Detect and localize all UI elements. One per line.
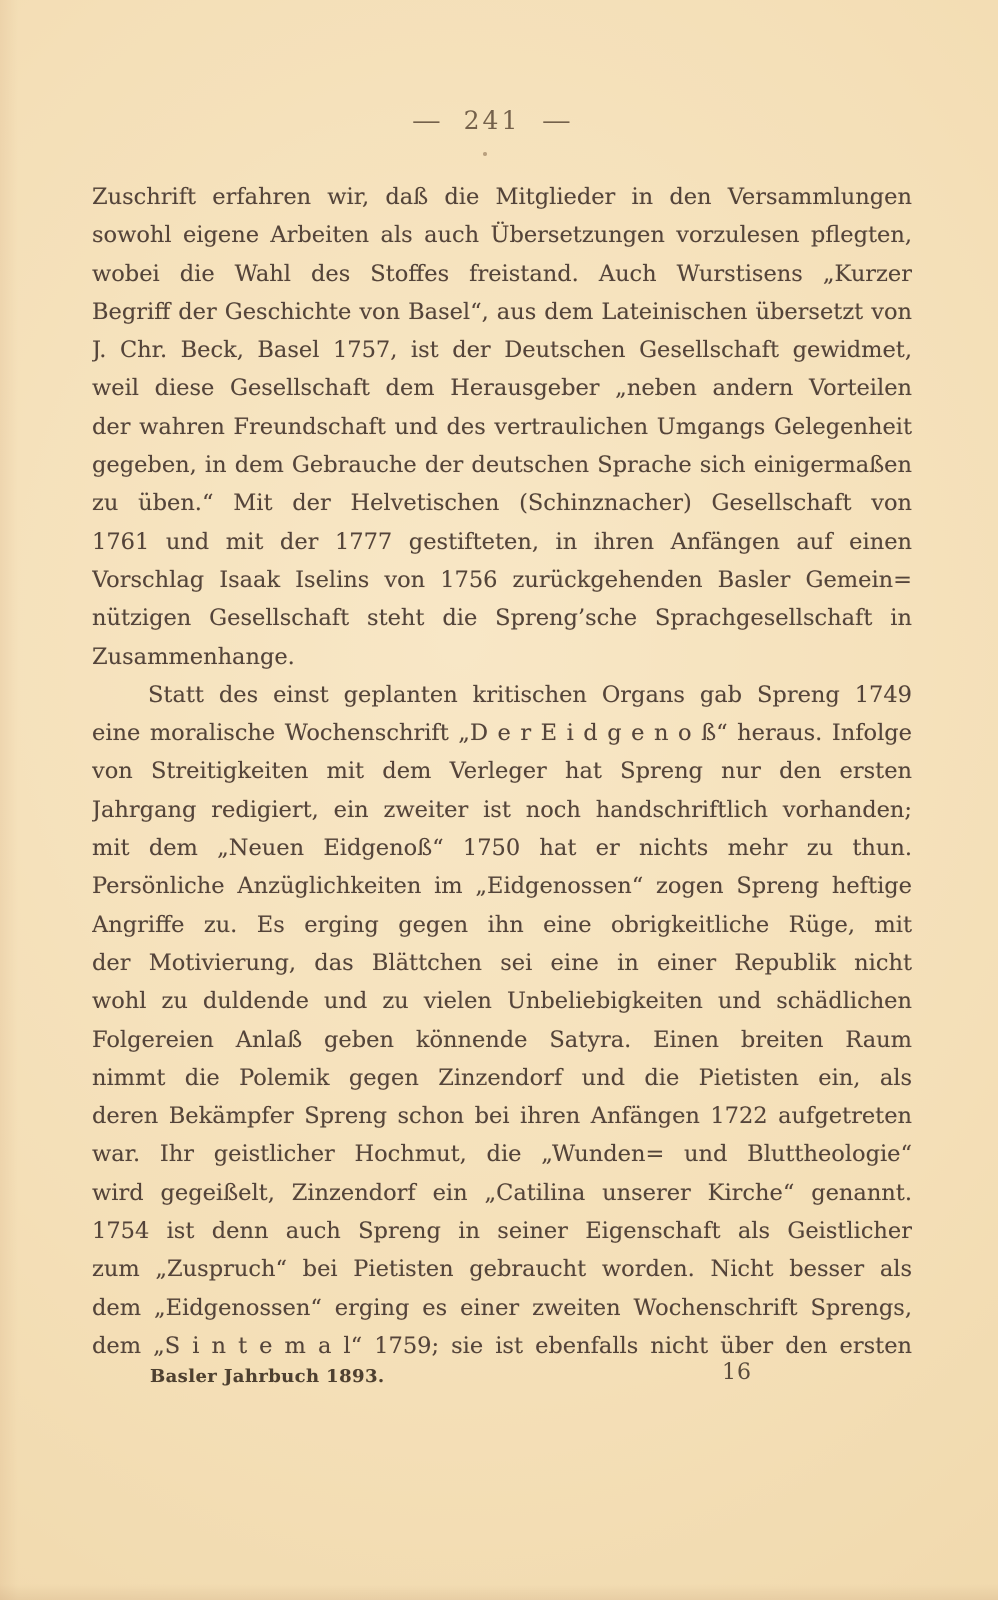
text-line: Persönliche Anzüglichkeiten im „Eidgenos… — [92, 867, 912, 905]
text-line: 1761 und mit der 1777 gestifteten, in ih… — [92, 523, 912, 561]
text-line: Vorschlag Isaak Iselins von 1756 zurückg… — [92, 561, 912, 599]
text-line: wohl zu duldende und zu vielen Unbeliebi… — [92, 982, 912, 1020]
text-line: zu üben.“ Mit der Helvetischen (Schinzna… — [92, 484, 912, 522]
text-line: Zusammenhange. — [92, 638, 912, 676]
text-line: der wahren Freundschaft und des vertraul… — [92, 408, 912, 446]
text-line: wobei die Wahl des Stoffes freistand. Au… — [92, 255, 912, 293]
header-dash-left: — — [412, 106, 442, 135]
text-line: von Streitigkeiten mit dem Verleger hat … — [92, 752, 912, 790]
page-edge-shadow-left — [0, 0, 18, 1600]
text-line: Angriffe zu. Es erging gegen ihn eine ob… — [92, 906, 912, 944]
text-line: dem „Eidgenossen“ erging es einer zweite… — [92, 1289, 912, 1327]
text-line: wird gegeißelt, Zinzendorf ein „Catilina… — [92, 1174, 912, 1212]
text-line: mit dem „Neuen Eidgenoß“ 1750 hat er nic… — [92, 829, 912, 867]
text-line: J. Chr. Beck, Basel 1757, ist der Deutsc… — [92, 331, 912, 369]
text-line: zum „Zuspruch“ bei Pietisten gebraucht w… — [92, 1250, 912, 1288]
text-line: nimmt die Polemik gegen Zinzendorf und d… — [92, 1059, 912, 1097]
paragraph-1: Zuschrift erfahren wir, daß die Mitglied… — [92, 178, 912, 676]
text-line: der Motivierung, das Blättchen sei eine … — [92, 944, 912, 982]
footer-signature: Basler Jahrbuch 1893. — [150, 1366, 385, 1387]
sheet-number: 16 — [722, 1360, 752, 1385]
header-dash-right: — — [542, 106, 572, 135]
body-text: Zuschrift erfahren wir, daß die Mitglied… — [92, 178, 912, 1365]
text-line: Zuschrift erfahren wir, daß die Mitglied… — [92, 178, 912, 216]
text-line: Folgereien Anlaß geben könnende Satyra. … — [92, 1021, 912, 1059]
page-header: —241— — [92, 106, 892, 135]
page-edge-shadow-bottom — [0, 1584, 998, 1600]
text-line: weil diese Gesellschaft dem Herausgeber … — [92, 369, 912, 407]
text-line: Jahrgang redigiert, ein zweiter ist noch… — [92, 791, 912, 829]
text-line: dem „S i n t e m a l“ 1759; sie ist eben… — [92, 1327, 912, 1365]
text-line: Begriff der Geschichte von Basel“, aus d… — [92, 293, 912, 331]
text-line: war. Ihr geistlicher Hochmut, die „Wunde… — [92, 1135, 912, 1173]
paper-speck — [483, 152, 487, 156]
book-page-scan: —241— Zuschrift erfahren wir, daß die Mi… — [0, 0, 998, 1600]
text-line: deren Bekämpfer Spreng schon bei ihren A… — [92, 1097, 912, 1135]
text-line: gegeben, in dem Gebrauche der deutschen … — [92, 446, 912, 484]
text-line: nützigen Gesellschaft steht die Spreng’s… — [92, 599, 912, 637]
text-line: eine moralische Wochenschrift „D e r E i… — [92, 714, 912, 752]
page-number: 241 — [464, 106, 521, 135]
text-line: 1754 ist denn auch Spreng in seiner Eige… — [92, 1212, 912, 1250]
paragraph-2: Statt des einst geplanten kritischen Org… — [92, 676, 912, 1365]
text-line: sowohl eigene Arbeiten als auch Übersetz… — [92, 216, 912, 254]
text-line: Statt des einst geplanten kritischen Org… — [92, 676, 912, 714]
